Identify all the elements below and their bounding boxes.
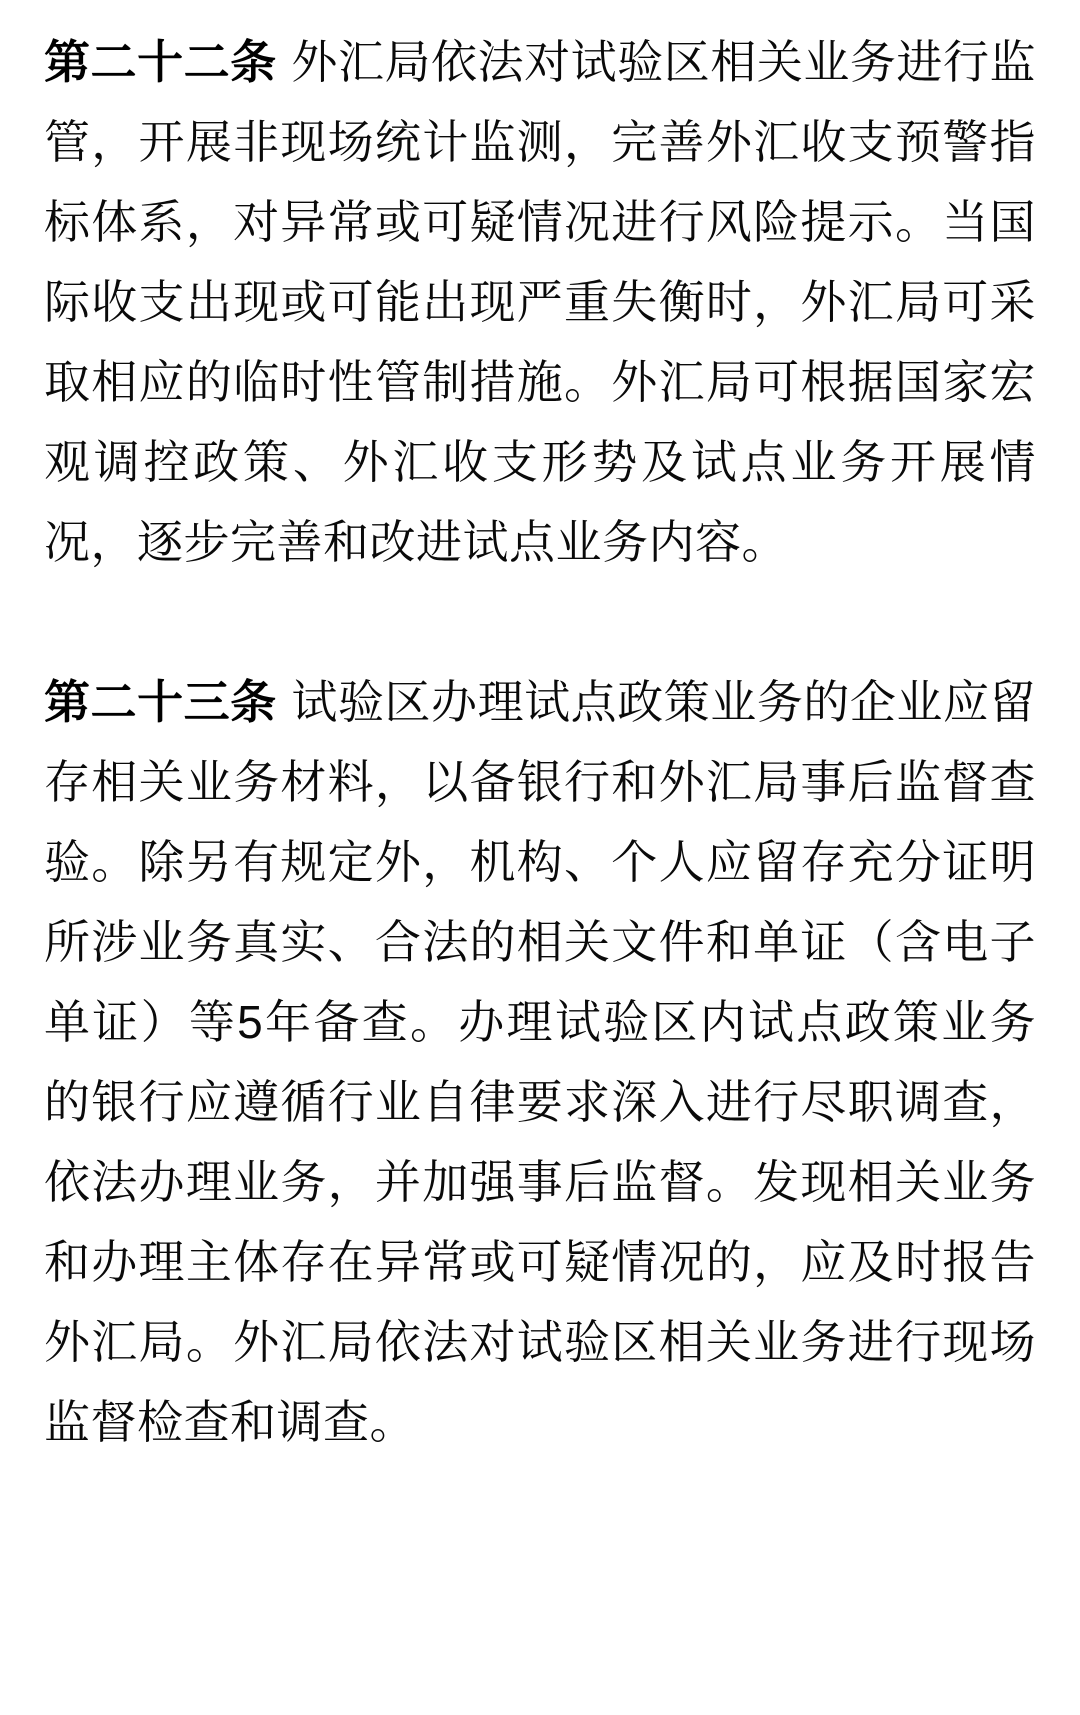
article-number: 第二十二条	[44, 36, 277, 88]
document-page: 第二十二条外汇局依法对试验区相关业务进行监管，开展非现场统计监测，完善外汇收支预…	[0, 0, 1080, 1715]
article-text: 外汇局依法对试验区相关业务进行监管，开展非现场统计监测，完善外汇收支预警指标体系…	[44, 36, 1036, 568]
article-paragraph-23: 第二十三条试验区办理试点政策业务的企业应留存相关业务材料，以备银行和外汇局事后监…	[44, 662, 1036, 1462]
article-paragraph-22: 第二十二条外汇局依法对试验区相关业务进行监管，开展非现场统计监测，完善外汇收支预…	[44, 22, 1036, 582]
article-text: 试验区办理试点政策业务的企业应留存相关业务材料，以备银行和外汇局事后监督查验。除…	[44, 676, 1036, 1448]
article-number: 第二十三条	[44, 676, 277, 728]
